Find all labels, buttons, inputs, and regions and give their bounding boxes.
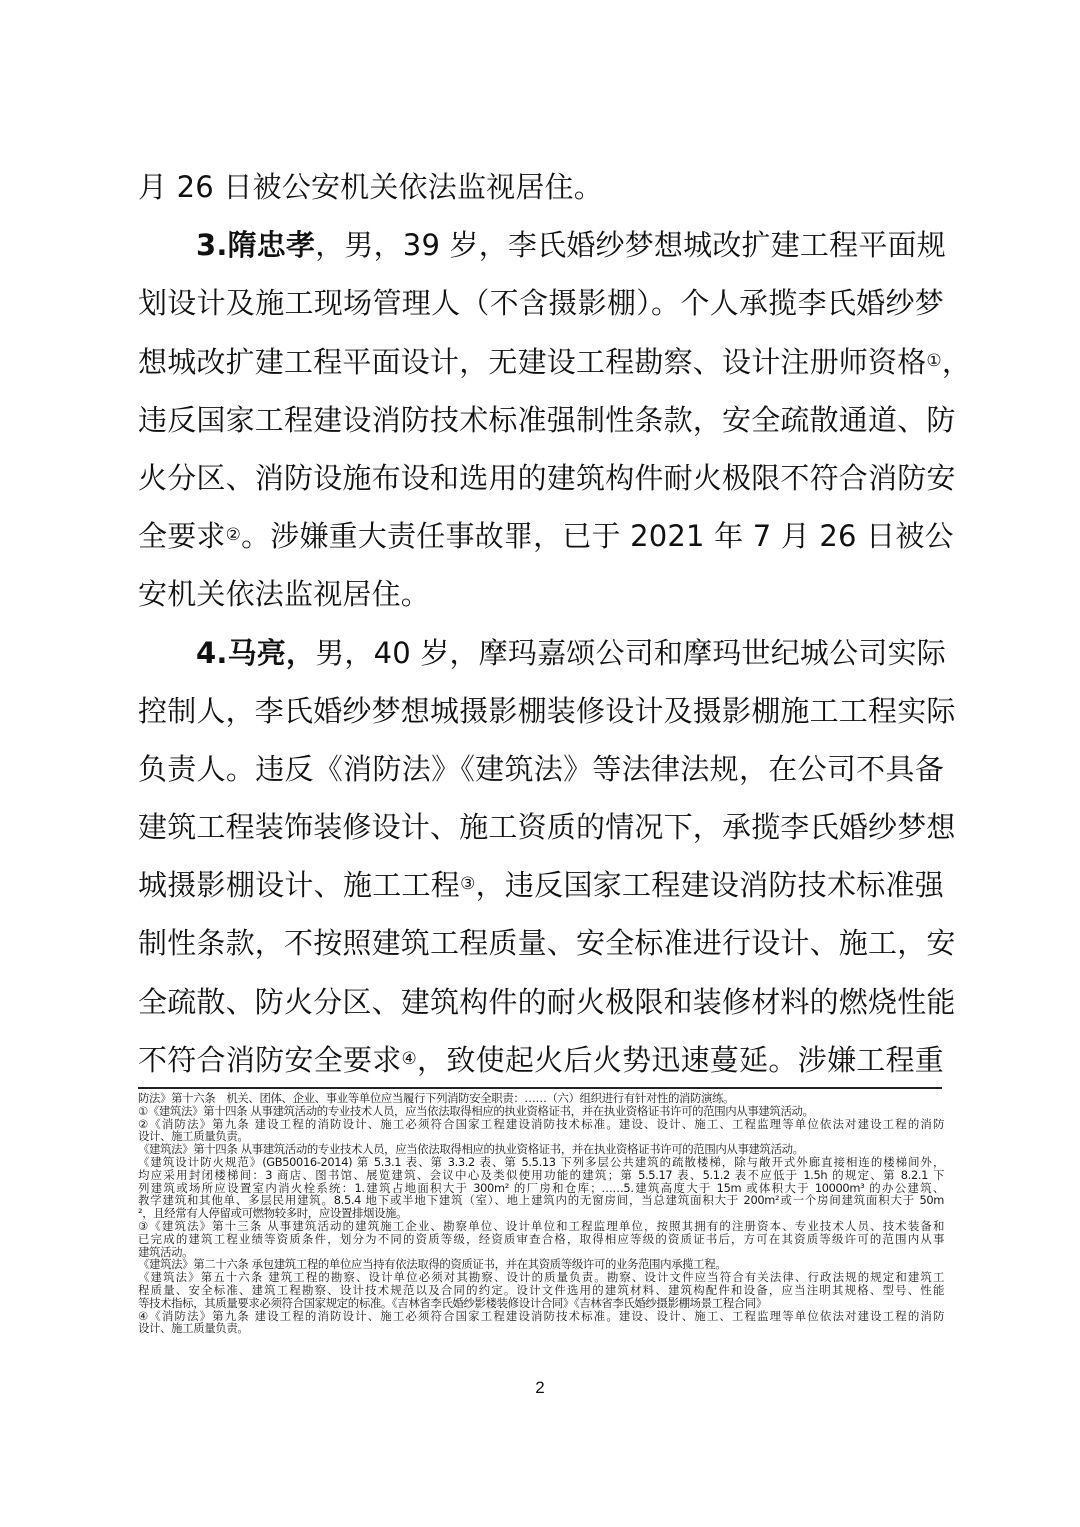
body-line: 4.马亮，男，40 岁，摩玛嘉颂公司和摩玛世纪城公司实际	[138, 624, 944, 682]
body-line: 制性条款，不按照建筑工程质量、安全标准进行设计、施工，安	[138, 914, 944, 972]
footnote-line: ²，且经常有人停留或可燃物较多时，应设置排烟设施。	[138, 1207, 944, 1220]
footnote-line: 教学建筑和其他单、多层民用建筑。8.5.4 地下或半地下建筑（室）、地上建筑内的…	[138, 1194, 944, 1207]
footnote-line: 《建筑设计防火规范》(GB50016-2014) 第 5.3.1 表、第 3.3…	[138, 1156, 944, 1169]
footnote-line: ②《消防法》第九条 建设工程的消防设计、施工必须符合国家工程建设消防技术标准。建…	[138, 1118, 944, 1131]
body-line-text-continued: ，致使起火后火势迅速蔓延。涉嫌工程重	[417, 1043, 944, 1077]
body-line-text: ，男，39 岁，李氏婚纱梦想城改扩建工程平面规	[315, 228, 946, 262]
footnote-line: 设计、施工质量负责。	[138, 1130, 944, 1143]
body-line: 城摄影棚设计、施工工程③，违反国家工程建设消防技术标准强	[138, 856, 944, 914]
body-line-text: 不符合消防安全要求	[138, 1043, 402, 1077]
body-line-text: 想城改扩建工程平面设计，无建设工程勘察、设计注册师资格	[138, 345, 926, 379]
footnote-reference[interactable]: ③	[460, 874, 476, 894]
body-text: 月 26 日被公安机关依法监视居住。3.隋忠孝，男，39 岁，李氏婚纱梦想城改扩…	[138, 158, 944, 1089]
footnotes: 防法》第十六条 机关、团体、企业、事业等单位应当履行下列消防安全职责：……（六）…	[138, 1092, 944, 1335]
body-line-text: 建筑工程装饰装修设计、施工资质的情况下，承揽李氏婚纱梦想	[138, 810, 956, 844]
body-line: 火分区、消防设施布设和选用的建筑构件耐火极限不符合消防安	[138, 449, 944, 507]
footnote-line: 防法》第十六条 机关、团体、企业、事业等单位应当履行下列消防安全职责：……（六）…	[138, 1092, 944, 1105]
body-line-text-continued: ，	[942, 345, 971, 379]
body-line: 月 26 日被公安机关依法监视居住。	[138, 158, 944, 216]
footnote-line: 《建筑法》第二十六条 承包建筑工程的单位应当持有依法取得的资质证书，并在其资质等…	[138, 1258, 944, 1271]
body-line-text: 制性条款，不按照建筑工程质量、安全标准进行设计、施工，安	[138, 926, 956, 960]
body-line: 全疏散、防火分区、建筑构件的耐火极限和装修材料的燃烧性能	[138, 973, 944, 1031]
footnote-line: 《建筑法》第十四条 从事建筑活动的专业技术人员，应当依法取得相应的执业资格证书，…	[138, 1143, 944, 1156]
footnote-reference[interactable]: ④	[402, 1049, 418, 1069]
body-line-text: 全要求	[138, 519, 226, 553]
footnote-line: 均应采用封闭楼梯间：3 商店、图书馆、展览建筑、会议中心及类似使用功能的建筑；第…	[138, 1169, 944, 1182]
body-line-text: 火分区、消防设施布设和选用的建筑构件耐火极限不符合消防安	[138, 461, 956, 495]
footnote-line: 建筑活动。	[138, 1246, 944, 1259]
body-line-text: 划设计及施工现场管理人（不含摄影棚）。个人承揽李氏婚纱梦	[138, 286, 944, 320]
body-line-text: 控制人，李氏婚纱梦想城摄影棚装修设计及摄影棚施工工程实际	[138, 694, 956, 728]
body-line: 控制人，李氏婚纱梦想城摄影棚装修设计及摄影棚施工工程实际	[138, 682, 944, 740]
body-line: 不符合消防安全要求④，致使起火后火势迅速蔓延。涉嫌工程重	[138, 1031, 944, 1089]
person-name-heading: 3.隋忠孝	[196, 228, 315, 262]
footnote-separator	[138, 1087, 942, 1089]
footnote-line: ①《建筑法》第十四条 从事建筑活动的专业技术人员，应当依法取得相应的执业资格证书…	[138, 1105, 944, 1118]
body-line: 想城改扩建工程平面设计，无建设工程勘察、设计注册师资格①，	[138, 333, 944, 391]
body-line: 负责人。违反《消防法》《建筑法》等法律法规，在公司不具备	[138, 740, 944, 798]
body-line: 违反国家工程建设消防技术标准强制性条款，安全疏散通道、防	[138, 391, 944, 449]
footnote-line: 《建筑法》第五十六条 建筑工程的勘察、设计单位必须对其勘察、设计的质量负责。勘察…	[138, 1271, 944, 1284]
footnote-line: 程质量、安全标准、建筑工程勘察、设计技术规范以及合同的约定。设计文件选用的建筑材…	[138, 1284, 944, 1297]
body-line-text: 安机关依法监视居住。	[138, 577, 430, 611]
body-line: 划设计及施工现场管理人（不含摄影棚）。个人承揽李氏婚纱梦	[138, 274, 944, 332]
footnote-reference[interactable]: ①	[926, 351, 941, 371]
body-line-text: 城摄影棚设计、施工工程	[138, 868, 460, 902]
footnote-reference[interactable]: ②	[226, 525, 241, 545]
body-line-text-continued: ，违反国家工程建设消防技术标准强	[476, 868, 944, 902]
body-line-text-continued: 。涉嫌重大责任事故罪，已于 2021 年 7 月 26 日被公	[241, 519, 954, 553]
footnote-line: 等技术指标，其质量要求必须符合国家规定的标准。《吉林省李氏婚纱影楼装修设计合同》…	[138, 1297, 944, 1310]
body-line-text: 负责人。违反《消防法》《建筑法》等法律法规，在公司不具备	[138, 752, 944, 786]
body-line: 全要求②。涉嫌重大责任事故罪，已于 2021 年 7 月 26 日被公	[138, 507, 944, 565]
footnote-line: ④《消防法》第九条 建设工程的消防设计、施工必须符合国家工程建设消防技术标准。建…	[138, 1310, 944, 1323]
body-line: 3.隋忠孝，男，39 岁，李氏婚纱梦想城改扩建工程平面规	[138, 216, 944, 274]
body-line-text: 全疏散、防火分区、建筑构件的耐火极限和装修材料的燃烧性能	[138, 985, 956, 1019]
body-line-text: 男，40 岁，摩玛嘉颂公司和摩玛世纪城公司实际	[315, 636, 946, 670]
body-line-text: 月 26 日被公安机关依法监视居住。	[138, 170, 603, 204]
document-page: 月 26 日被公安机关依法监视居住。3.隋忠孝，男，39 岁，李氏婚纱梦想城改扩…	[0, 0, 1080, 1527]
footnote-line: 已完成的建筑工程业绩等资质条件，划分为不同的资质等级，经资质审查合格，取得相应等…	[138, 1233, 944, 1246]
footnote-line: 设计、施工质量负责。	[138, 1322, 944, 1335]
body-line: 建筑工程装饰装修设计、施工资质的情况下，承揽李氏婚纱梦想	[138, 798, 944, 856]
body-line: 安机关依法监视居住。	[138, 565, 944, 623]
footnote-line: ③《建筑法》第十三条 从事建筑活动的建筑施工企业、勘察单位、设计单位和工程监理单…	[138, 1220, 944, 1233]
body-line-text: 违反国家工程建设消防技术标准强制性条款，安全疏散通道、防	[138, 403, 956, 437]
footnote-line: 列建筑或场所应设置室内消火栓系统：1.建筑占地面积大于 300m² 的厂房和仓库…	[138, 1182, 944, 1195]
page-number: 2	[0, 1378, 1080, 1398]
person-name-heading: 4.马亮，	[196, 636, 315, 670]
